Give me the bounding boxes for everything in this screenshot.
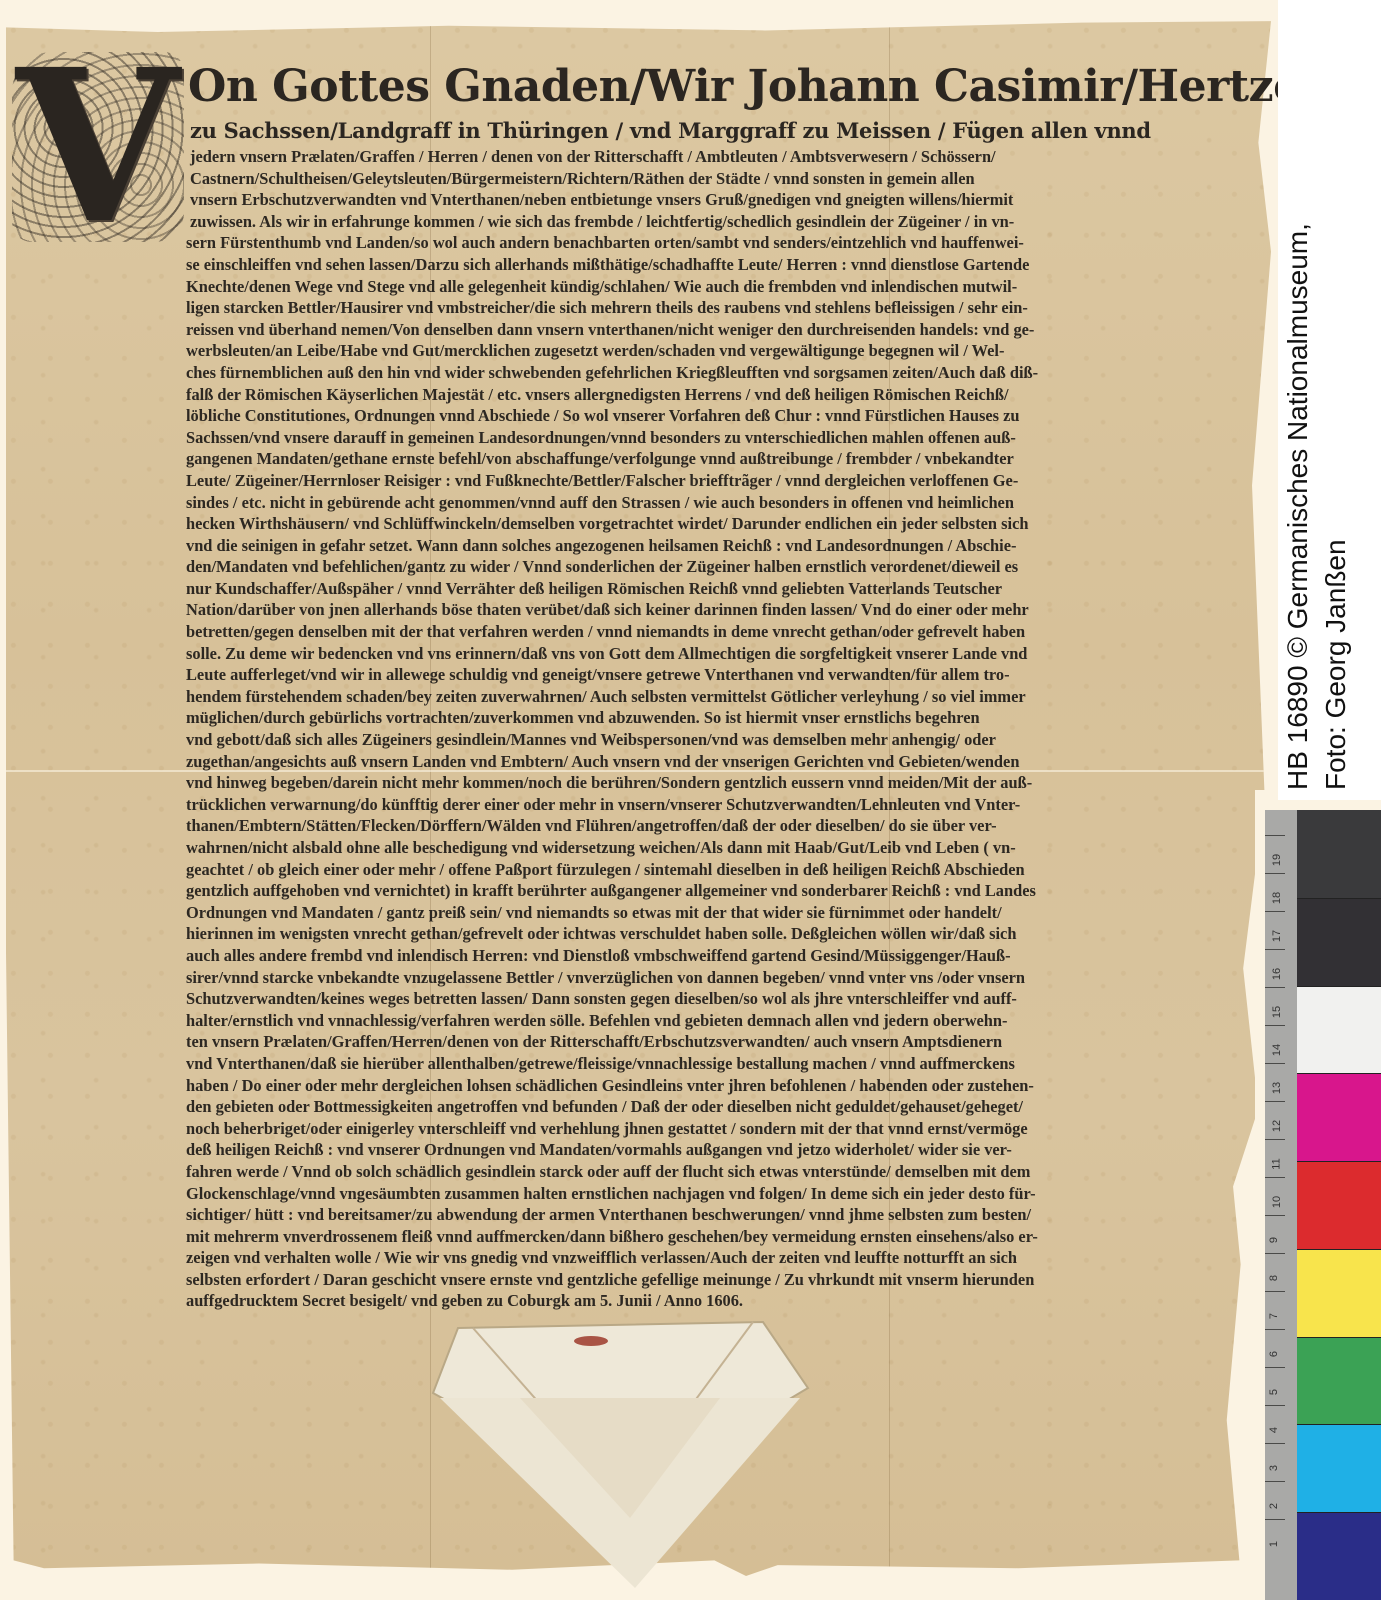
ruler-tick (1265, 1177, 1285, 1178)
text-line: trücklichen verwarnung/do künfftig derer… (186, 794, 1101, 816)
text-line: betretten/gegen denselben mit der that v… (186, 621, 1101, 643)
text-line: solle. Zu deme wir bedencken vnd vns eri… (186, 643, 1101, 665)
text-line: vnsern Erbschutzverwandten vnd Vnterthan… (186, 189, 1101, 211)
text-line: vnd gebott/daß sich alles Zügeiners gesi… (186, 729, 1101, 751)
swatch-divider (1297, 1337, 1381, 1338)
text-line: wahrnen/nicht alsbald ohne alle beschedi… (186, 837, 1101, 859)
text-line: haben / Do einer oder mehr dergleichen l… (186, 1075, 1101, 1097)
ruler-tick (1265, 835, 1285, 836)
text-line: auch alles andere frembd vnd inlendisch … (186, 945, 1101, 967)
ruler-tick (1265, 949, 1285, 950)
text-line: zuwissen. Als wir in erfahrunge kommen /… (186, 211, 1101, 233)
text-line: den/Mandaten vnd befehlichen/gantz zu wi… (186, 556, 1101, 578)
text-line: Glockenschlage/vnnd vngesäumbten zusamme… (186, 1183, 1101, 1205)
text-line: ten vnsern Prælaten/Graffen/Herren/denen… (186, 1031, 1101, 1053)
ruler-number: 3 (1268, 1465, 1280, 1471)
text-line: werbsleuten/an Leibe/Habe vnd Gut/merckl… (186, 340, 1101, 362)
text-line: sindes / etc. nicht in gebürende acht ge… (186, 492, 1101, 514)
text-line: nur Kundschaffer/Außspäher / vnnd Verräh… (186, 578, 1101, 600)
ruler-number: 11 (1271, 1158, 1283, 1169)
swatch-white (1297, 986, 1381, 1074)
swatch-divider (1297, 1249, 1381, 1250)
ruler-tick (1265, 1405, 1285, 1406)
swatch-divider (1297, 898, 1381, 899)
ruler-number: 10 (1271, 1196, 1283, 1208)
swatch-divider (1297, 1424, 1381, 1425)
credit-line-1: HB 16890 © Germanisches Nationalmuseum, (1282, 223, 1314, 790)
ruler-tick (1265, 1101, 1285, 1102)
ruler-tick (1265, 1063, 1285, 1064)
text-line: vnd hinweg begeben/darein nicht mehr kom… (186, 772, 1101, 794)
text-line: Schutzverwandten/keines weges betretten … (186, 988, 1101, 1010)
swatch-black (1297, 810, 1381, 898)
text-line: se einschleiffen vnd sehen lassen/Darzu … (186, 254, 1101, 276)
ruler-number: 18 (1271, 892, 1283, 904)
ruler-tick (1265, 1367, 1285, 1368)
text-line: hierinnen im wenigsten vnrecht gethan/ge… (186, 923, 1101, 945)
ruler-tick (1265, 1139, 1285, 1140)
ruler-number: 1 (1268, 1541, 1280, 1547)
centimeter-ruler: 19181716151413121110987654321 (1265, 810, 1297, 1600)
ruler-number: 12 (1271, 1120, 1283, 1132)
ruler-tick (1265, 1291, 1285, 1292)
text-line: Knechte/denen Wege vnd Stege vnd alle ge… (186, 276, 1101, 298)
ruler-tick (1265, 873, 1285, 874)
ruler-tick (1265, 1519, 1285, 1520)
credit-line-2: Foto: Georg Janßen (1320, 539, 1352, 790)
swatch-divider (1297, 1161, 1381, 1162)
text-line: hecken Wirthshäusern/ vnd Schlüffwinckel… (186, 513, 1101, 535)
ruler-number: 9 (1268, 1237, 1280, 1243)
text-line: den gebieten oder Bottmessigkeiten anget… (186, 1096, 1101, 1118)
text-line: Nation/darüber von jnen allerhands böse … (186, 599, 1101, 621)
wax-seal-remnant (574, 1336, 608, 1346)
document-body: jedern vnsern Prælaten/Graffen / Herren … (186, 146, 1101, 1312)
text-line: selbsten erfordert / Daran geschicht vns… (186, 1269, 1101, 1291)
photo-credit: HB 16890 © Germanisches Nationalmuseum, … (1278, 0, 1381, 800)
text-line: ligen starcken Bettler/Hausirer vnd vmbs… (186, 297, 1101, 319)
text-line: ches fürnemblichen auß den hin vnd wider… (186, 362, 1101, 384)
text-line: zugethan/angesichts auß vnsern Landen vn… (186, 751, 1101, 773)
document-subtitle: zu Sachssen/Landgraff in Thüringen / vnd… (190, 118, 1105, 144)
swatch-divider (1297, 986, 1381, 987)
text-line: sern Fürstenthumb vnd Landen/so wol auch… (186, 232, 1101, 254)
ruler-tick (1265, 911, 1285, 912)
swatch-blue (1297, 1512, 1381, 1600)
swatch-dark-gray (1297, 898, 1381, 986)
text-line: sichtiger/ hütt : vnd bereitsamer/zu abw… (186, 1204, 1101, 1226)
ruler-number: 19 (1271, 854, 1283, 866)
document-title: On Gottes Gnaden/Wir Johann Casimir/Hert… (188, 62, 1108, 112)
text-line: falß der Römischen Käyserlichen Majestät… (186, 384, 1101, 406)
ruler-number: 4 (1268, 1427, 1280, 1433)
text-line: löbliche Constitutiones, Ordnungen vnnd … (186, 405, 1101, 427)
ruler-tick (1265, 1443, 1285, 1444)
text-line: reissen vnd überhand nemen/Von denselben… (186, 319, 1101, 341)
text-line: thanen/Embtern/Stätten/Flecken/Dörffern/… (186, 815, 1101, 837)
text-line: Leute/ Zügeiner/Herrnloser Reisiger : vn… (186, 470, 1101, 492)
ruler-number: 15 (1271, 1006, 1283, 1018)
swatch-red (1297, 1161, 1381, 1249)
ruler-tick (1265, 1253, 1285, 1254)
ruler-number: 16 (1271, 968, 1283, 980)
swatch-green (1297, 1337, 1381, 1425)
ruler-tick (1265, 1025, 1285, 1026)
swatch-divider (1297, 1073, 1381, 1074)
ruler-number: 6 (1268, 1351, 1280, 1357)
text-line: jedern vnsern Prælaten/Graffen / Herren … (186, 146, 1101, 168)
decorated-initial-letter: V (10, 52, 185, 242)
text-line: müglichen/durch gebürlichs vortrachten/z… (186, 707, 1101, 729)
text-line: vnd die seinigen in gefahr setzet. Wann … (186, 535, 1101, 557)
swatch-cyan (1297, 1424, 1381, 1512)
text-line: halter/ernstlich vnd vnnachlessig/verfah… (186, 1010, 1101, 1032)
text-line: Sachssen/vnd vnsere darauff in gemeinen … (186, 427, 1101, 449)
text-line: vnd Vnterthanen/daß sie hierüber allenth… (186, 1053, 1101, 1075)
text-line: Leute aufferleget/vnd wir in allewege sc… (186, 664, 1101, 686)
text-line: hendem fürstehendem schaden/bey zeiten z… (186, 686, 1101, 708)
text-line: mit mehrerm vnverdrossenem fleiß vnnd au… (186, 1226, 1101, 1248)
text-line: geachtet / ob gleich einer oder mehr / o… (186, 859, 1101, 881)
ruler-number: 17 (1271, 930, 1283, 942)
ruler-number: 5 (1268, 1389, 1280, 1395)
ruler-tick (1265, 1481, 1285, 1482)
ruler-number: 2 (1268, 1503, 1280, 1509)
swatch-yellow (1297, 1249, 1381, 1337)
text-line: Castnern/Schultheisen/Geleytsleuten/Bürg… (186, 168, 1101, 190)
ruler-number: 8 (1268, 1275, 1280, 1281)
ruler-tick (1265, 1329, 1285, 1330)
text-line: deß heiligen Reichß : vnd vnserer Ordnun… (186, 1139, 1101, 1161)
swatch-magenta (1297, 1073, 1381, 1161)
color-calibration-target: 19181716151413121110987654321 (1265, 800, 1381, 1600)
swatch-divider (1297, 1512, 1381, 1513)
text-line: gentzlich auffgehoben vnd vernichtet) in… (186, 880, 1101, 902)
text-line: noch beherbriget/oder einigerley vntersc… (186, 1118, 1101, 1140)
text-line: Ordnungen vnd Mandaten / gantz preiß sei… (186, 902, 1101, 924)
text-line: sirer/vnnd starcke vnbekandte vnzugelass… (186, 967, 1101, 989)
ruler-tick (1265, 987, 1285, 988)
ruler-number: 14 (1271, 1044, 1283, 1056)
seal-paper-tail (440, 1398, 800, 1588)
ruler-number: 7 (1268, 1313, 1280, 1319)
text-line: zeigen vnd verhalten wolle / Wie wir vns… (186, 1247, 1101, 1269)
text-line: fahren werde / Vnnd ob solch schädlich g… (186, 1161, 1101, 1183)
ruler-number: 13 (1271, 1082, 1283, 1094)
ruler-tick (1265, 1215, 1285, 1216)
text-line: gangenen Mandaten/gethane ernste befehl/… (186, 448, 1101, 470)
